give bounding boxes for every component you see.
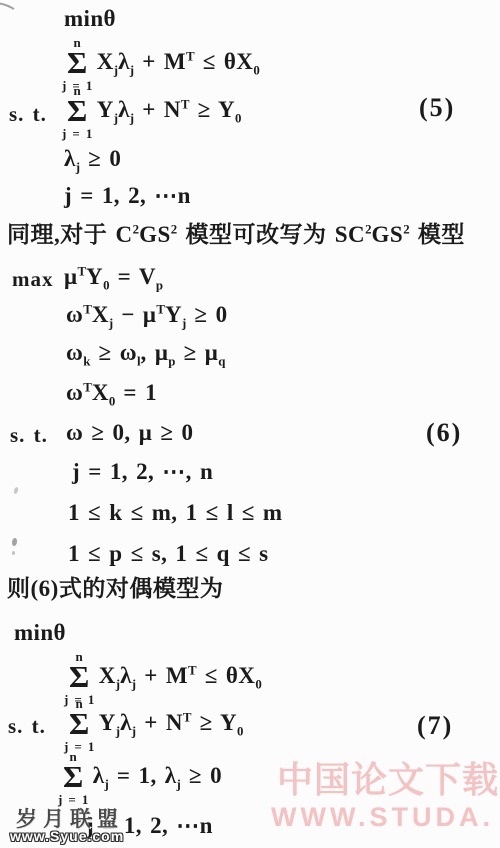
watermark-alliance-url: www.Syue.com xyxy=(10,828,124,844)
paragraph-transform-model: 同理,对于 C2GS2 模型可改写为 SC2GS2 模型 xyxy=(7,222,465,248)
model7-constraint3: nΣj = 1λj = 1, λj ≥ 0 xyxy=(58,750,222,806)
model6-constraint1: ωTXj − μTYj ≥ 0 xyxy=(66,302,228,331)
summation-sigma: nΣj = 1 xyxy=(62,84,93,140)
model6-constraint6: 1 ≤ p ≤ s, 1 ≤ q ≤ s xyxy=(68,541,268,567)
model6-constraint5: 1 ≤ k ≤ m, 1 ≤ l ≤ m xyxy=(68,500,283,526)
model6-eq-number: (6) xyxy=(426,418,462,448)
model5-st-label: s. t. xyxy=(9,102,47,126)
model7-st-label: s. t. xyxy=(8,714,46,738)
watermark-site-name-cn: 中国论文下载 xyxy=(277,752,499,803)
paragraph-dual-model: 则(6)式的对偶模型为 xyxy=(7,576,223,602)
summation-sigma: nΣj = 1 xyxy=(64,697,95,753)
model7-constraint2: nΣj = 1Yjλj + NT ≥ Y0 xyxy=(64,697,243,753)
model5-constraint3: λj ≥ 0 xyxy=(64,146,121,175)
model5-eq-number: (5) xyxy=(419,93,455,123)
model5-constraint2: nΣj = 1Yjλj + NT ≥ Y0 xyxy=(62,84,241,140)
summation-sigma: nΣj = 1 xyxy=(58,750,89,806)
model6-constraint2: ωk ≥ ωl, μp ≥ μq xyxy=(66,340,225,369)
model6-constraint3: ωTX0 = 1 xyxy=(66,380,157,409)
scan-artifact-arc xyxy=(0,2,21,20)
model6-st-constraint: ω ≥ 0, μ ≥ 0 xyxy=(66,420,193,446)
model5-objective: minθ xyxy=(64,6,116,32)
scan-artifact-speck xyxy=(13,487,19,495)
model5-constraint4: j = 1, 2, ⋯n xyxy=(64,183,191,209)
watermark-site-url: WWW.STUDA. xyxy=(271,802,494,833)
model6-st-label: s. t. xyxy=(10,423,48,447)
scan-artifact-speck xyxy=(12,551,15,555)
model6-objective: μTY0 = Vp xyxy=(64,264,163,293)
model7-objective: minθ xyxy=(14,620,66,646)
model6-max-label: max xyxy=(12,267,54,291)
scan-artifact-speck xyxy=(11,538,17,547)
model7-eq-number: (7) xyxy=(417,711,453,741)
scanned-paper-page: minθ nΣj = 1Xjλj + MT ≤ θX0 s. t. nΣj = … xyxy=(0,0,500,848)
model6-constraint4: j = 1, 2, ⋯, n xyxy=(72,459,213,485)
